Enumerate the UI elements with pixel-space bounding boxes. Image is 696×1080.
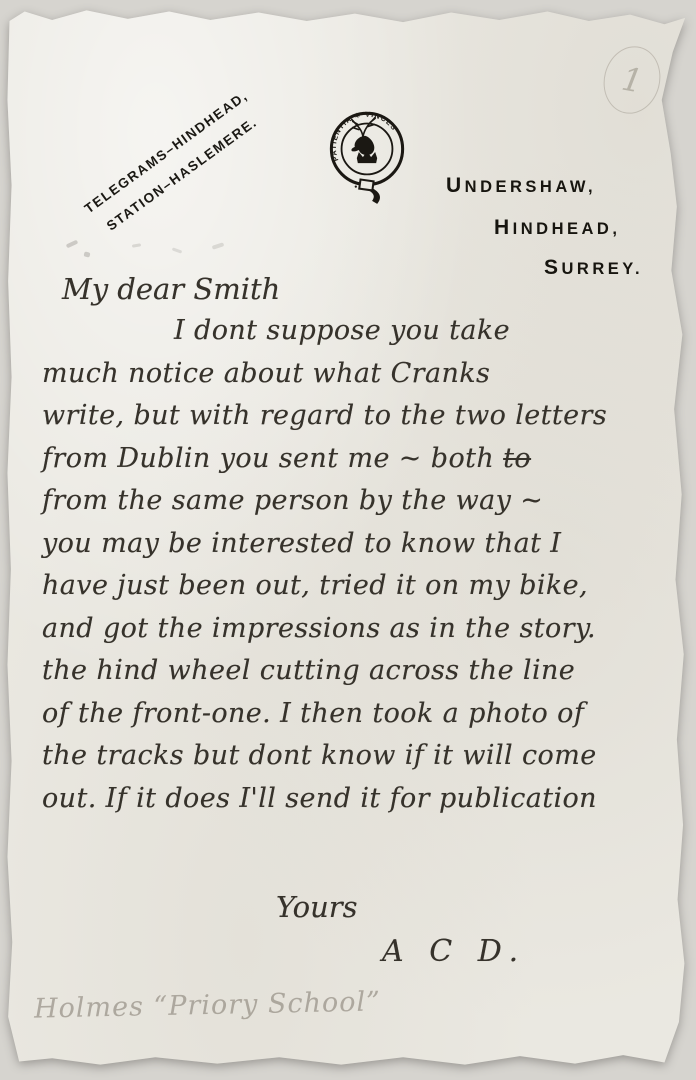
paper-surface: TELEGRAMS–HINDHEAD, STATION–HASLEMERE. P…	[4, 4, 692, 1070]
address-line-surrey: SURREY.	[544, 256, 643, 280]
letter-line: of the front-one. I then took a photo of	[42, 693, 674, 736]
letter-line: out. If it does I'll send it for publica…	[42, 778, 674, 821]
letter-sheet: TELEGRAMS–HINDHEAD, STATION–HASLEMERE. P…	[4, 4, 692, 1070]
address-line-hindhead: HINDHEAD,	[494, 216, 620, 240]
catalog-pencil-note: Holmes “Priory School”	[34, 986, 382, 1024]
telegrams-letterhead: TELEGRAMS–HINDHEAD, STATION–HASLEMERE.	[59, 69, 288, 256]
pencil-smudge	[83, 251, 90, 257]
letter-line: from Dublin you sent me ~ both to	[42, 438, 674, 481]
pencil-page-number: 1	[597, 40, 668, 120]
belt-strap-icon	[369, 189, 380, 204]
letter-line: the tracks but dont know if it will come	[42, 735, 674, 778]
letter-line-text: from Dublin you sent me ~ both	[42, 443, 503, 474]
belt-buckle-icon	[359, 180, 373, 191]
address-line-undershaw: UNDERSHAW,	[446, 174, 596, 198]
stag-head-icon	[351, 136, 374, 155]
closing: Yours	[276, 890, 358, 924]
salutation: My dear Smith	[62, 272, 280, 306]
pencil-smudge	[66, 240, 79, 249]
letter-line: the hind wheel cutting across the line	[42, 650, 674, 693]
letter-line: from the same person by the way ~	[42, 480, 674, 523]
letter-line: much notice about what Cranks	[42, 353, 674, 396]
telegrams-line1: TELEGRAMS–HINDHEAD,	[59, 69, 272, 234]
page-number-text: 1	[619, 60, 646, 101]
signature-initials: A C D.	[382, 934, 526, 969]
coronet-icon	[357, 151, 377, 163]
pencil-smudge	[212, 242, 225, 250]
struck-word: to	[503, 443, 531, 474]
letter-line: and got the impressions as in the story.	[42, 608, 674, 651]
family-crest-stamp: PATIENTIA ✶ VINCES	[316, 96, 418, 215]
letter-line: write, but with regard to the two letter…	[42, 395, 674, 438]
letter-body: I dont suppose you take much notice abou…	[42, 310, 674, 820]
letter-line: I dont suppose you take	[42, 310, 674, 353]
pencil-smudge	[172, 247, 182, 253]
letter-line: you may be interested to know that I	[42, 523, 674, 566]
telegrams-line2: STATION–HASLEMERE.	[75, 91, 288, 256]
pencil-smudge	[132, 243, 141, 248]
letter-line: have just been out, tried it on my bike,	[42, 565, 674, 608]
stag-crest-icon: PATIENTIA ✶ VINCES	[316, 96, 418, 210]
